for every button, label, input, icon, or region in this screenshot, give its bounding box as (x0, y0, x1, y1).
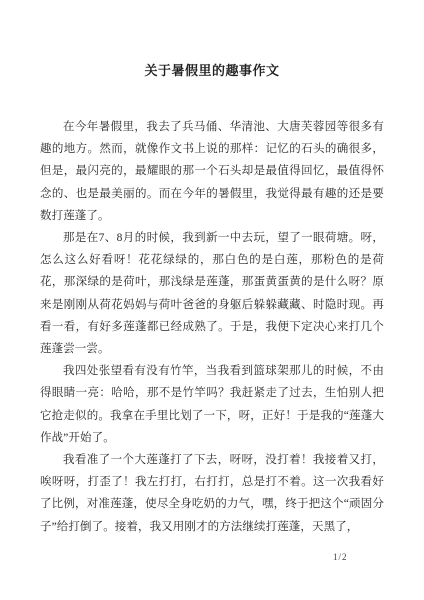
essay-title: 关于暑假里的趣事作文 (0, 0, 424, 79)
essay-paragraph: 我四处张望看有没有竹竿，当我看到篮球架那儿的时候，不由得眼睛一亮：哈哈，那不是竹… (40, 360, 384, 449)
essay-content: 在今年暑假里，我去了兵马俑、华清池、大唐芙蓉园等很多有趣的地方。然而，就像作文书… (40, 116, 384, 538)
page-number: 1/2 (333, 552, 348, 562)
essay-paragraph: 那是在7、8月的时候，我到新一中去玩，望了一眼荷塘。呀，怎么这么好看呀！花花绿绿… (40, 227, 384, 360)
document-page: 关于暑假里的趣事作文 在今年暑假里，我去了兵马俑、华清池、大唐芙蓉园等很多有趣的… (0, 0, 424, 600)
essay-paragraph: 在今年暑假里，我去了兵马俑、华清池、大唐芙蓉园等很多有趣的地方。然而，就像作文书… (40, 116, 384, 227)
essay-paragraph: 我看准了一个大莲蓬打了下去，呀呀，没打着！我接着又打，唉呀呀，打歪了！我左打打，… (40, 449, 384, 538)
